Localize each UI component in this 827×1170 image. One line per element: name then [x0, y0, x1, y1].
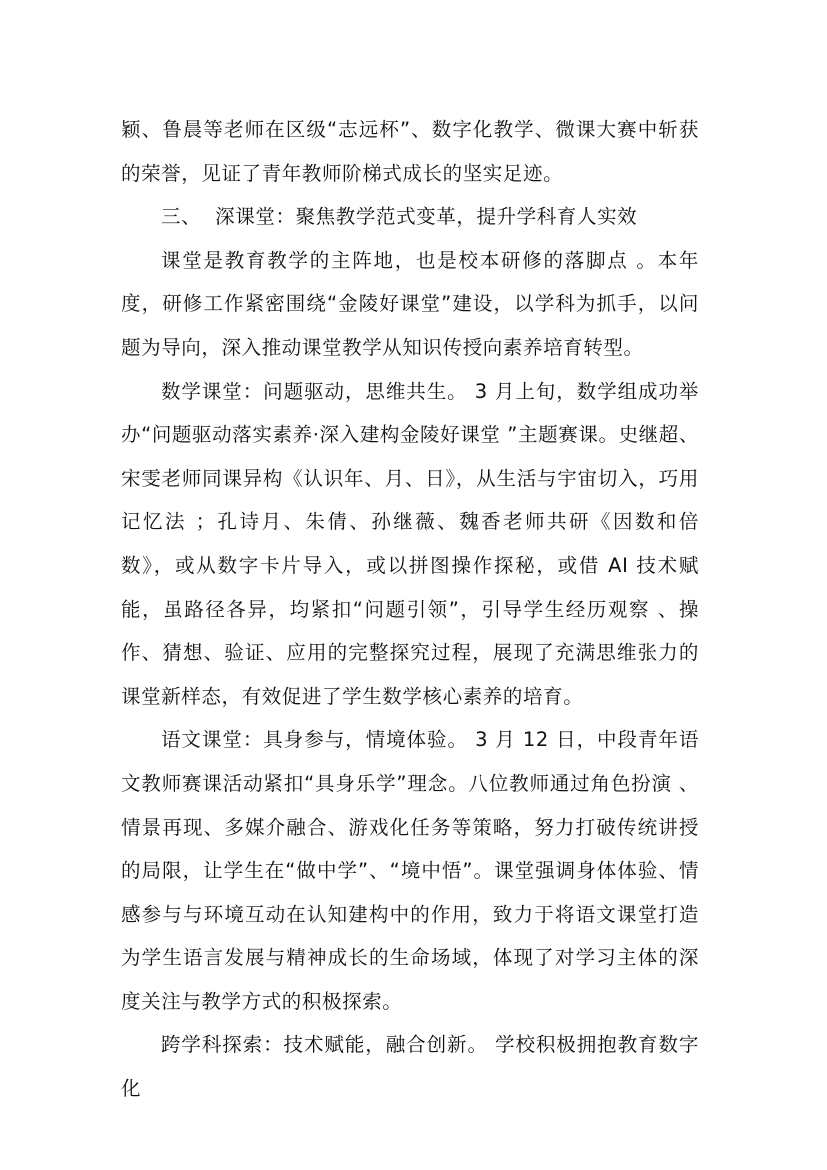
section-heading: 三、深课堂：聚焦教学范式变革，提升学科育人实效: [121, 195, 699, 239]
section-title: 深课堂：聚焦教学范式变革，提升学科育人实效: [215, 205, 637, 228]
paragraph-continuation: 颖、鲁晨等老师在区级“志远杯”、数字化教学、微课大赛中斩获的荣誉，见证了青年教师…: [121, 108, 699, 195]
paragraph-interdisciplinary: 跨学科探索：技术赋能，融合创新。 学校积极拥抱教育数字化: [121, 1023, 699, 1110]
paragraph-math-classroom: 数学课堂：问题驱动，思维共生。 3 月上旬，数学组成功举办“问题驱动落实素养·深…: [121, 370, 699, 719]
paragraph-chinese-classroom: 语文课堂：具身参与，情境体验。 3 月 12 日，中段青年语文教师赛课活动紧扣“…: [121, 718, 699, 1023]
paragraph-classroom-intro: 课堂是教育教学的主阵地，也是校本研修的落脚点 。本年度，研修工作紧密围绕“金陵好…: [121, 239, 699, 370]
document-page: 颖、鲁晨等老师在区级“志远杯”、数字化教学、微课大赛中斩获的荣誉，见证了青年教师…: [121, 108, 699, 1111]
section-number: 三、: [161, 205, 201, 228]
